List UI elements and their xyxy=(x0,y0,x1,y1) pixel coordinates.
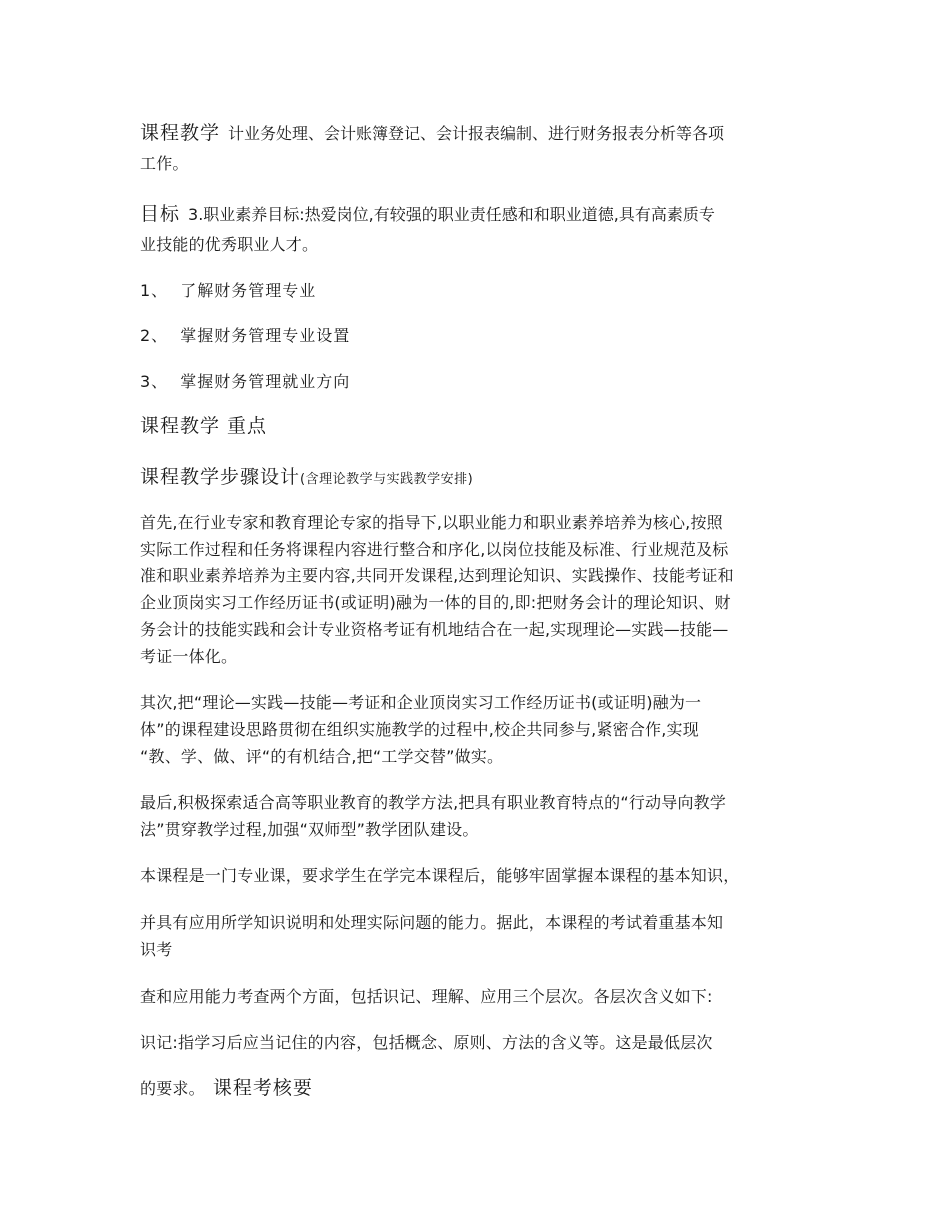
steps-heading-row: 课程教学步骤设计(含理论教学与实践教学安排) xyxy=(140,465,473,490)
objective-text: 掌握财务管理就业方向 xyxy=(180,372,350,391)
objective-item: 1、了解财务管理专业 xyxy=(140,281,316,301)
steps-heading-note: (含理论教学与实践教学安排) xyxy=(300,472,473,487)
steps-heading: 课程教学步骤设计 xyxy=(140,466,300,488)
paragraph-6-line: 查和应用能力考查两个方面，包括识记、理解、应用三个层次。各层次含义如下: xyxy=(140,987,713,1007)
paragraph-1-line: 企业顶岗实习工作经历证书(或证明)融为一体的目的,即:把财务会计的理论知识、财 xyxy=(140,593,731,613)
paragraph-2-line: 体”的课程建设思路贯彻在组织实施教学的过程中,校企共同参与,紧密合作,实现 xyxy=(140,720,699,740)
paragraph-4-line: 本课程是一门专业课，要求学生在学完本课程后，能够牢固掌握本课程的基本知识， xyxy=(140,866,739,886)
key-points-heading: 课程教学 重点 xyxy=(140,414,267,438)
objective-item: 2、掌握财务管理专业设置 xyxy=(140,326,350,346)
section-text: 3.职业素养目标:热爱岗位,有较强的职业责任感和和职业道德,具有高素质专 xyxy=(188,205,715,224)
section-text: 工作。 xyxy=(140,154,189,173)
paragraph-7-line: 识记:指学习后应当记住的内容，包括概念、原则、方法的含义等。这是最低层次 xyxy=(140,1033,713,1053)
paragraph-1-line: 考证一体化。 xyxy=(140,647,237,667)
section-text: 业技能的优秀职业人才。 xyxy=(140,235,318,254)
document-page: 课程教学计业务处理、会计账簿登记、会计报表编制、进行财务报表分析等各项 工作。 … xyxy=(0,0,950,1230)
paragraph-1-line: 首先,在行业专家和教育理论专家的指导下,以职业能力和职业素养培养为核心,按照 xyxy=(140,513,723,533)
paragraph-3-line: 最后,积极探索适合高等职业教育的教学方法,把具有职业教育特点的“行动导向教学 xyxy=(140,793,726,813)
objective-item: 3、掌握财务管理就业方向 xyxy=(140,372,350,392)
objective-number: 2、 xyxy=(140,326,168,345)
paragraph-2-line: “教、学、做、评“的有机结合,把“工学交替”做实。 xyxy=(140,747,503,767)
section-heading-goal: 目标 xyxy=(140,203,180,225)
paragraph-8-row: 的要求。课程考核要 xyxy=(140,1076,313,1100)
section-teaching-line2: 工作。 xyxy=(140,154,189,174)
assessment-heading: 课程考核要 xyxy=(213,1077,313,1099)
objective-number: 1、 xyxy=(140,281,168,300)
paragraph-1-line: 务会计的技能实践和会计专业资格考证有机地结合在一起,实现理论—实践—技能— xyxy=(140,620,729,640)
objective-text: 掌握财务管理专业设置 xyxy=(180,326,350,345)
paragraph-3-line: 法”贯穿教学过程,加强“双师型”教学团队建设。 xyxy=(140,820,479,840)
paragraph-5-line: 识考 xyxy=(140,940,172,960)
objective-text: 了解财务管理专业 xyxy=(180,281,316,300)
section-heading-course-teaching: 课程教学 xyxy=(140,122,220,144)
objective-number: 3、 xyxy=(140,372,168,391)
section-goal-line1: 目标3.职业素养目标:热爱岗位,有较强的职业责任感和和职业道德,具有高素质专 xyxy=(140,202,715,226)
paragraph-8-text: 的要求。 xyxy=(140,1079,205,1098)
section-goal-line2: 业技能的优秀职业人才。 xyxy=(140,235,318,255)
section-text: 计业务处理、会计账簿登记、会计报表编制、进行财务报表分析等各项 xyxy=(228,124,724,143)
section-teaching-line1: 课程教学计业务处理、会计账簿登记、会计报表编制、进行财务报表分析等各项 xyxy=(140,121,724,145)
paragraph-1-line: 准和职业素养培养为主要内容,共同开发课程,达到理论知识、实践操作、技能考证和 xyxy=(140,566,734,586)
paragraph-5-line: 并具有应用所学知识说明和处理实际问题的能力。据此，本课程的考试着重基本知 xyxy=(140,913,723,933)
paragraph-2-line: 其次,把“理论—实践—技能—考证和企业顶岗实习工作经历证书(或证明)融为一 xyxy=(140,693,701,713)
paragraph-1-line: 实际工作过程和任务将课程内容进行整合和序化,以岗位技能及标准、行业规范及标 xyxy=(140,540,729,560)
